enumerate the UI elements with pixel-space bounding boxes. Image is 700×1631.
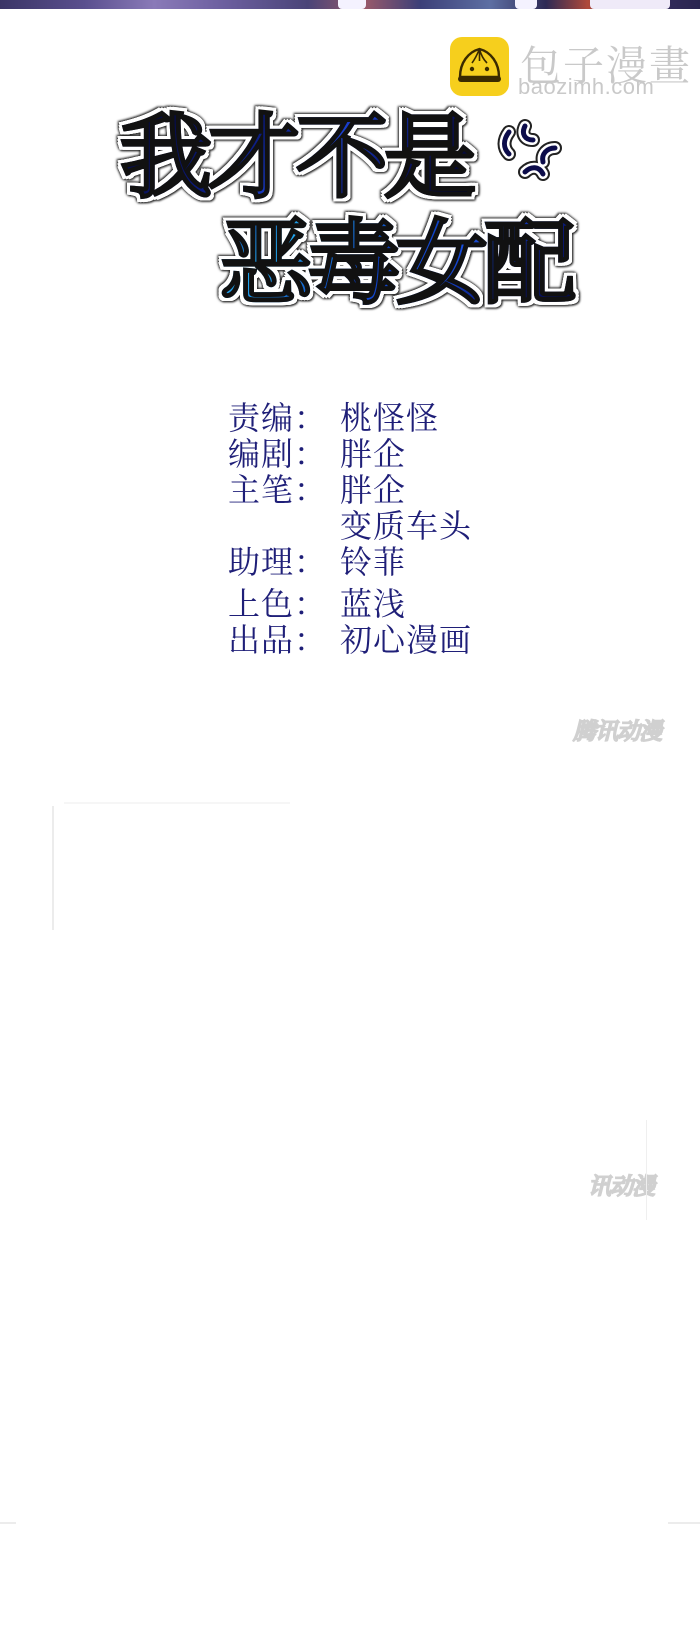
credits-list: 责编： 桃怪怪 编剧： 胖企 主笔： 胖企 变质车头 助理： 铃菲 上色： 蓝浅…: [228, 400, 472, 658]
tencent-comics-stamp-partial: 讯动漫: [588, 1168, 654, 1201]
watermark-site-url: baozimh.com: [518, 74, 654, 100]
credit-label: 责编：: [228, 400, 340, 436]
bun-mascot-icon: [450, 37, 509, 96]
credit-row-lead-artist-2: 变质车头: [228, 508, 472, 544]
credit-row-writer: 编剧： 胖企: [228, 436, 472, 472]
panel-border-line: [64, 802, 290, 804]
credit-row-lead-artist: 主笔： 胖企: [228, 472, 472, 508]
credit-value: 铃菲: [340, 544, 406, 580]
credit-label: 出品：: [228, 622, 340, 658]
credit-label: 上色：: [228, 586, 340, 622]
credit-row-producer: 出品： 初心漫画: [228, 622, 472, 658]
title-line-1: 我才不是: [120, 112, 472, 204]
tencent-comics-stamp: 腾讯动漫: [573, 713, 661, 746]
baozi-logo: [450, 37, 509, 96]
panel-border-line: [0, 1522, 16, 1524]
title-line-2: 恶毒女配: [220, 218, 572, 310]
credit-label: 编剧：: [228, 436, 340, 472]
credit-value: 胖企: [340, 472, 406, 508]
credit-value: 胖企: [340, 436, 406, 472]
previous-panel-edge: [0, 0, 700, 9]
credit-value: 蓝浅: [340, 586, 406, 622]
credit-value: 初心漫画: [340, 622, 472, 658]
panel-border-line: [52, 806, 54, 930]
credit-row-editor: 责编： 桃怪怪: [228, 400, 472, 436]
credit-row-colorist: 上色： 蓝浅: [228, 586, 472, 622]
credit-label: 助理：: [228, 544, 340, 580]
panel-border-line: [646, 1120, 647, 1220]
panel-border-line: [668, 1522, 700, 1524]
credit-label: 主笔：: [228, 472, 340, 508]
credit-value: 桃怪怪: [340, 400, 439, 436]
credit-row-assistant: 助理： 铃菲: [228, 544, 472, 580]
credit-label: [228, 508, 340, 544]
anger-vein-icon: [495, 118, 570, 193]
comic-title-logo: 我才不是 恶毒女配: [110, 100, 610, 350]
credit-value: 变质车头: [340, 508, 472, 544]
